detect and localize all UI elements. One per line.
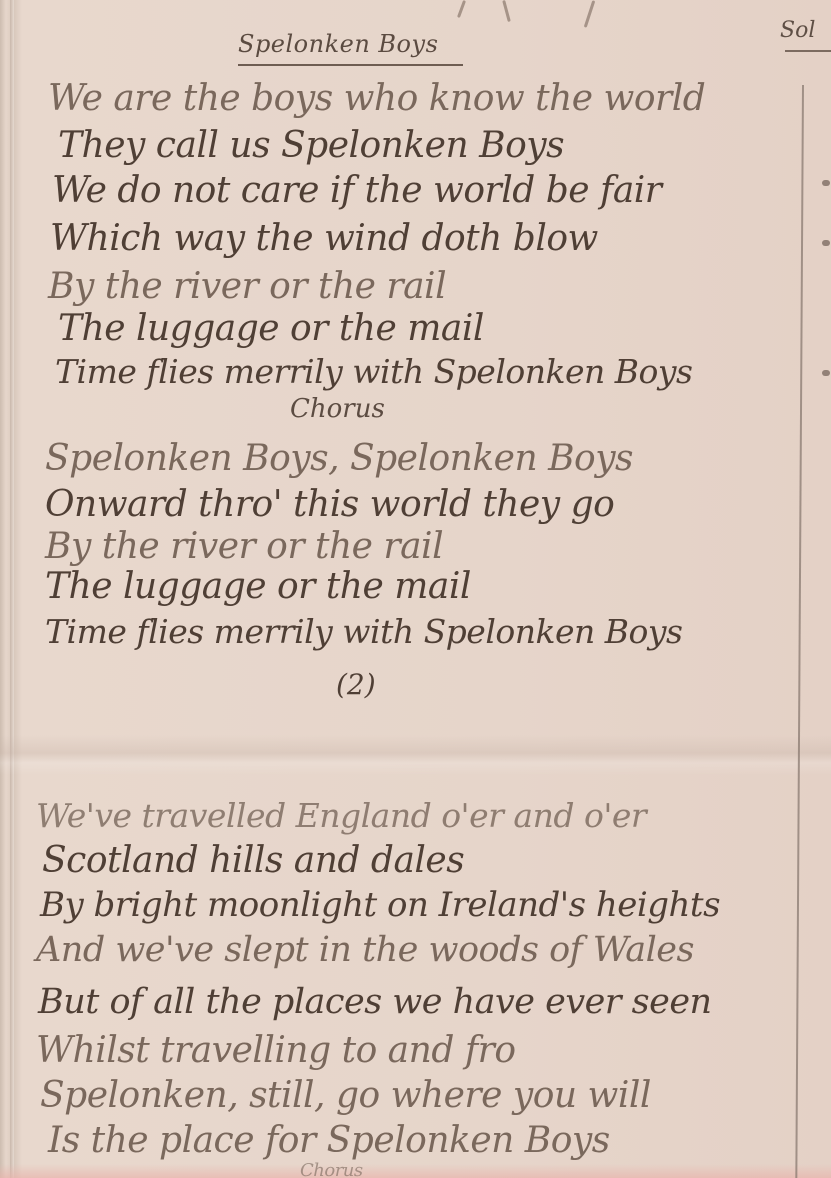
chorus-line: Time flies merrily with Spelonken Boys bbox=[45, 612, 682, 651]
chorus-line: The luggage or the mail bbox=[45, 566, 471, 607]
margin-rule-line bbox=[795, 85, 804, 1178]
verse-line: We are the boys who know the world bbox=[48, 78, 705, 119]
adjacent-title-underline bbox=[785, 50, 831, 52]
chorus-line: Onward thro' this world they go bbox=[45, 484, 614, 525]
paper-fold-crease bbox=[0, 735, 831, 775]
verse-line: Scotland hills and dales bbox=[42, 840, 464, 881]
bottom-edge bbox=[0, 1164, 831, 1178]
verse-line: By the river or the rail bbox=[48, 266, 446, 307]
page-edge-shadow bbox=[10, 0, 14, 1178]
verse-line: By bright moonlight on Ireland's heights bbox=[40, 885, 720, 925]
chorus-line: By the river or the rail bbox=[45, 526, 443, 567]
verse-line: And we've slept in the woods of Wales bbox=[36, 930, 694, 970]
chorus-heading: Chorus bbox=[290, 394, 385, 424]
verse-line: They call us Spelonken Boys bbox=[58, 125, 564, 166]
manuscript-page: Sol Spelonken Boys We are the boys who k… bbox=[0, 0, 831, 1178]
verse-line: Spelonken, still, go where you will bbox=[40, 1075, 651, 1116]
trailing-chorus-fragment: Chorus bbox=[300, 1160, 363, 1178]
verse-line: But of all the places we have ever seen bbox=[38, 982, 712, 1022]
verse-line: We've travelled England o'er and o'er bbox=[36, 796, 646, 835]
verse-line: Which way the wind doth blow bbox=[50, 218, 598, 259]
verse-line: Is the place for Spelonken Boys bbox=[48, 1120, 610, 1161]
verse-line: Time flies merrily with Spelonken Boys bbox=[55, 352, 692, 391]
verse-line: We do not care if the world be fair bbox=[52, 170, 662, 211]
page-number: (2) bbox=[336, 668, 376, 701]
title-underline bbox=[238, 64, 463, 66]
chorus-line: Spelonken Boys, Spelonken Boys bbox=[45, 438, 633, 479]
adjacent-column-title: Sol bbox=[780, 18, 815, 43]
verse-line: The luggage or the mail bbox=[58, 308, 484, 349]
verse-line: Whilst travelling to and fro bbox=[36, 1030, 516, 1071]
song-title: Spelonken Boys bbox=[238, 30, 438, 58]
